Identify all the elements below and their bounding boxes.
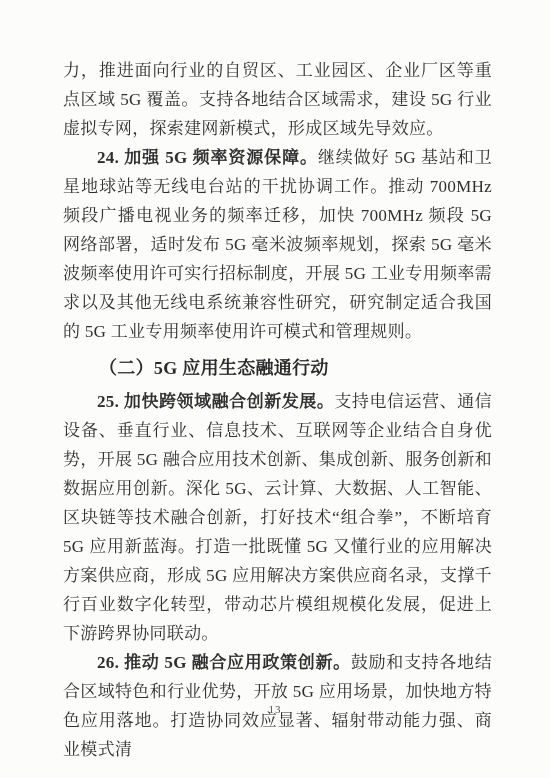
paragraph-item-24: 24. 加强 5G 频率资源保障。继续做好 5G 基站和卫星地球站等无线电台站的…	[63, 143, 492, 346]
paragraph-text: 力，推进面向行业的自贸区、工业园区、企业厂区等重点区域 5G 覆盖。支持各地结合…	[63, 61, 492, 138]
paragraph-continuation: 力，推进面向行业的自贸区、工业园区、企业厂区等重点区域 5G 覆盖。支持各地结合…	[63, 56, 492, 143]
paragraph-lead: 24. 加强 5G 频率资源保障。	[97, 148, 318, 167]
paragraph-item-25: 25. 加快跨领域融合创新发展。支持电信运营、通信设备、垂直行业、信息技术、互联…	[63, 387, 492, 648]
paragraph-lead: 25. 加快跨领域融合创新发展。	[97, 392, 334, 411]
paragraph-text: 支持电信运营、通信设备、垂直行业、信息技术、互联网等企业结合自身优势，开展 5G…	[63, 392, 492, 643]
page-number: 13	[0, 704, 550, 716]
paragraph-lead: 26. 推动 5G 融合应用政策创新。	[97, 653, 351, 672]
paragraph-text: 继续做好 5G 基站和卫星地球站等无线电台站的干扰协调工作。推动 700MHz …	[63, 148, 492, 341]
section-heading: （二）5G 应用生态融通行动	[63, 354, 492, 383]
document-page: 力，推进面向行业的自贸区、工业园区、企业厂区等重点区域 5G 覆盖。支持各地结合…	[0, 0, 550, 778]
